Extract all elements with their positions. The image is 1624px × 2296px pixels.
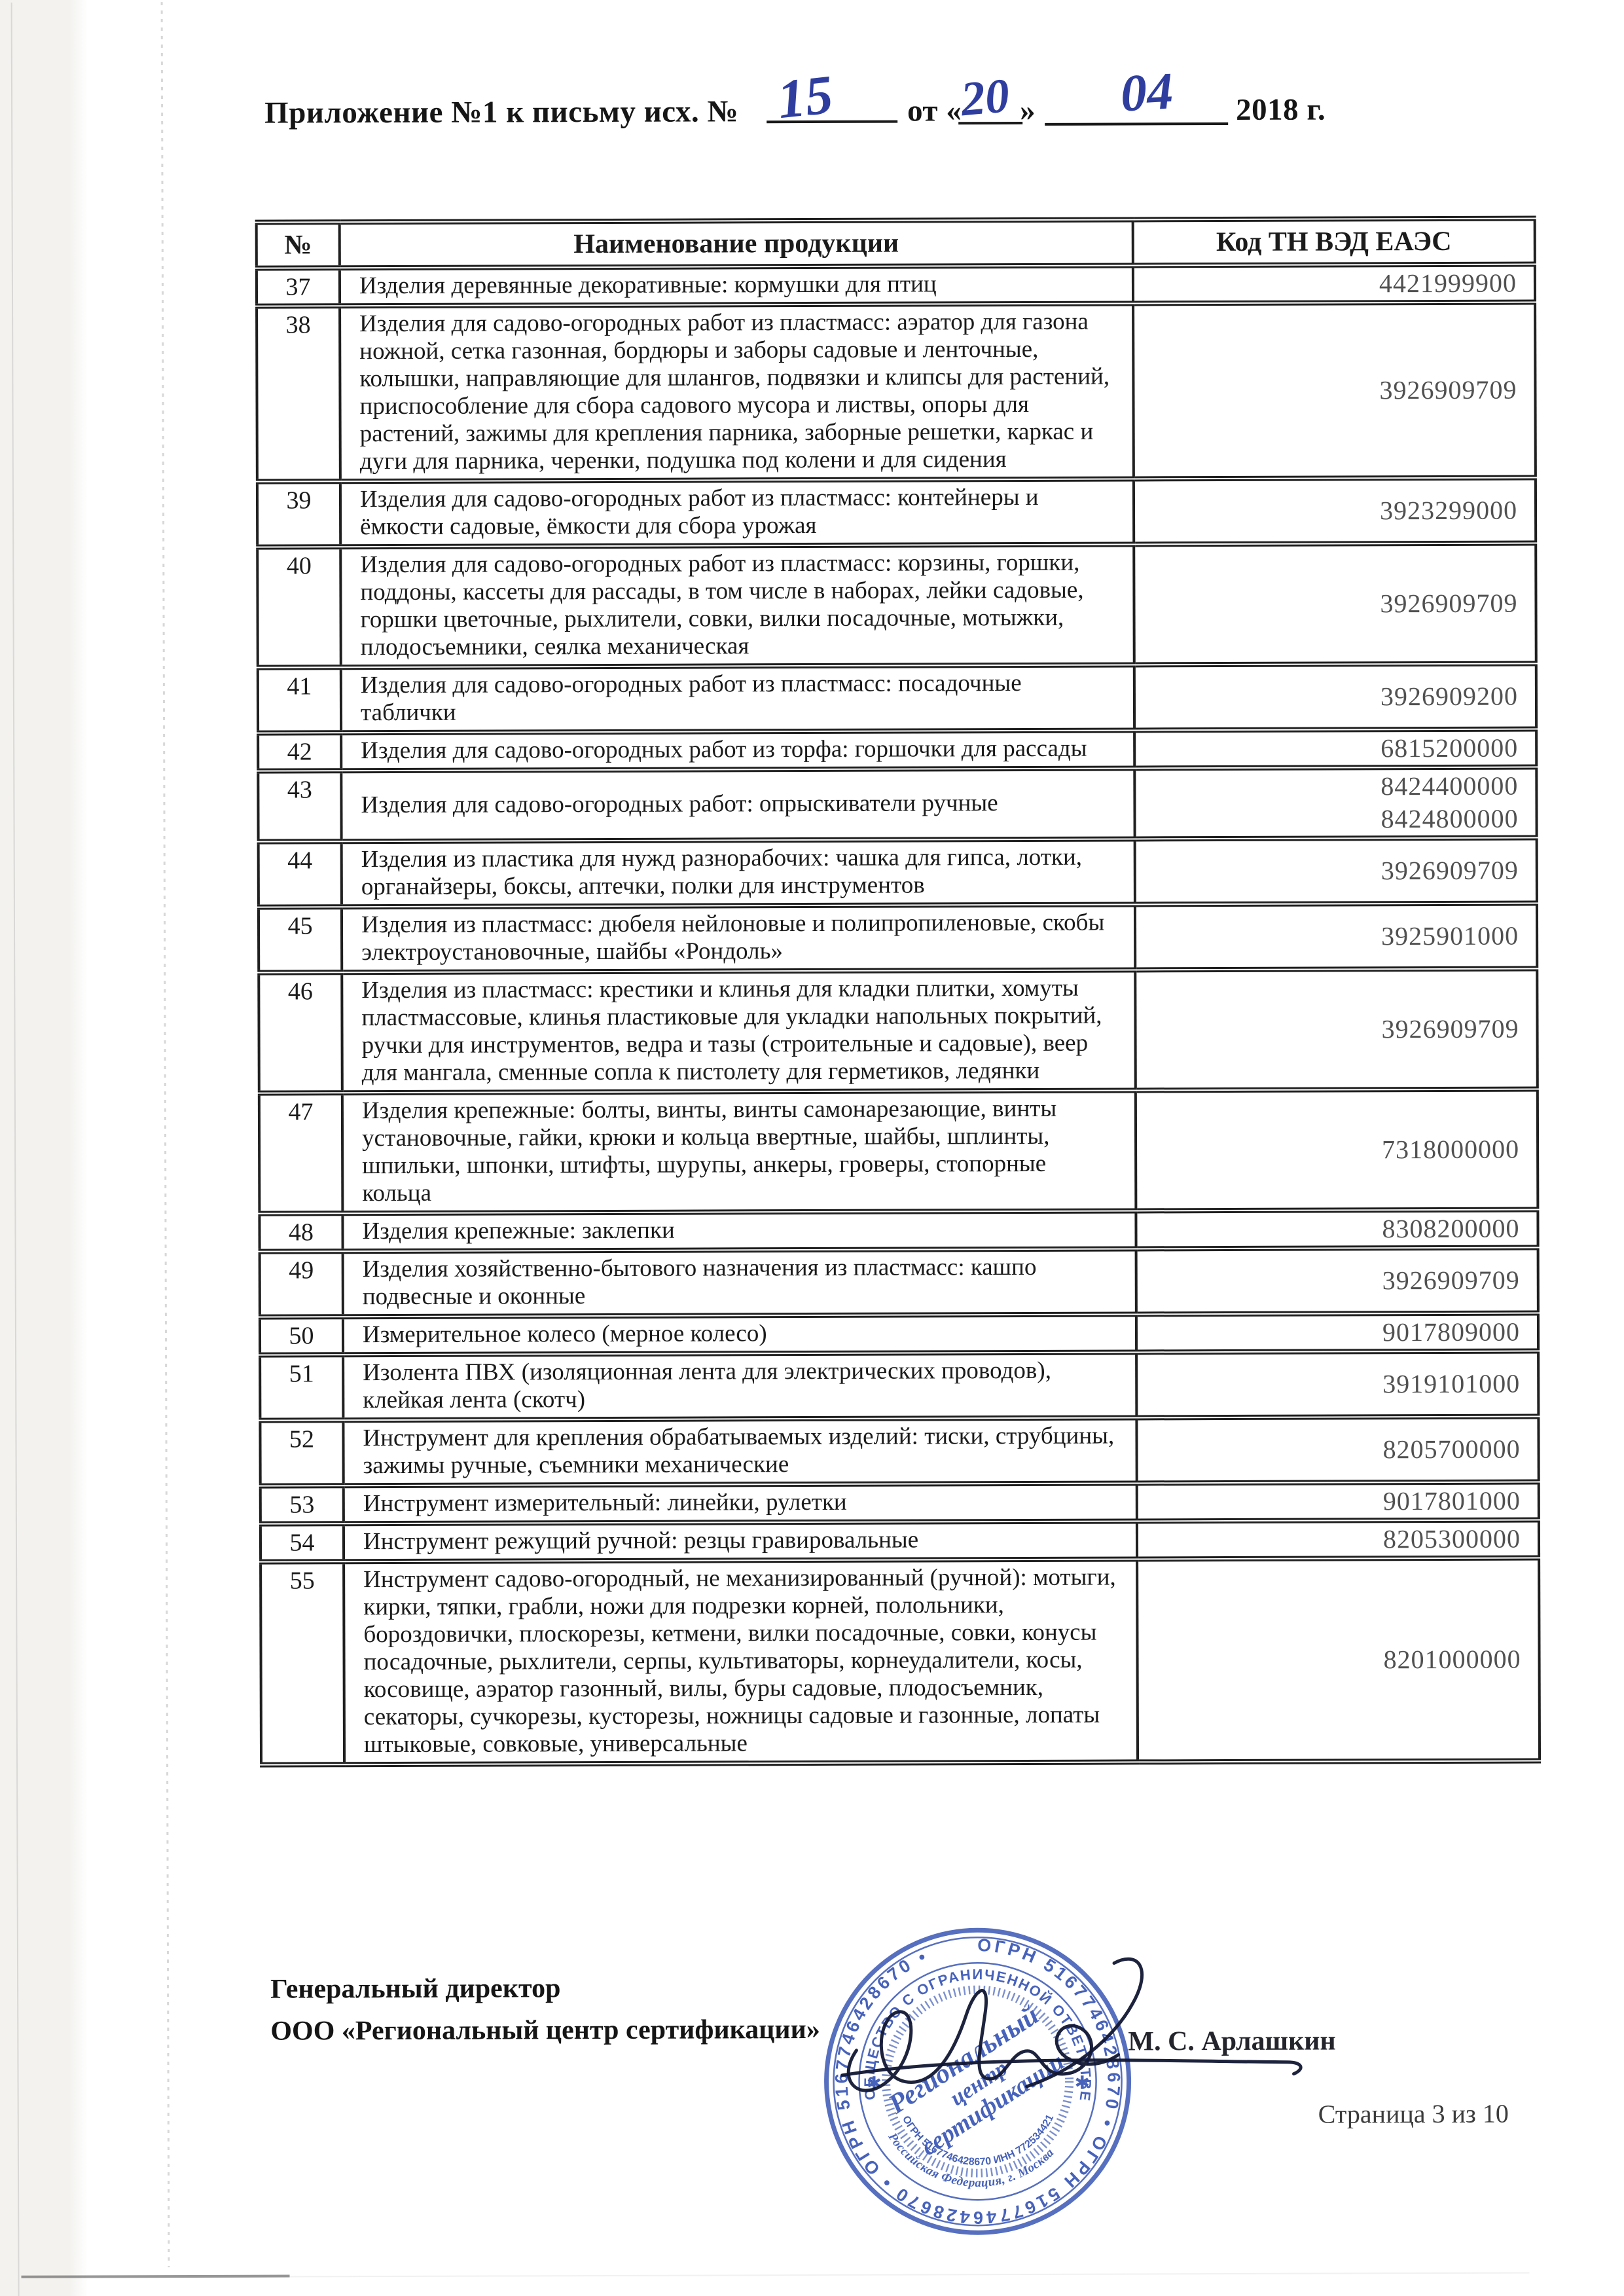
tnved-code-cell: 9017809000 (1136, 1313, 1538, 1353)
tnved-code-value: 3926909709 (1136, 854, 1519, 888)
row-number: 51 (260, 1355, 343, 1420)
table-row: 41 Изделия для садово-огородных работ из… (258, 664, 1536, 733)
tnved-code-value: 3926909709 (1136, 1013, 1519, 1047)
tnved-code-cell: 3926909709 (1134, 543, 1536, 665)
table-header-row: № Наименование продукции Код ТН ВЭД ЕАЭС (257, 219, 1535, 268)
tnved-code-value: 8201000000 (1138, 1643, 1521, 1677)
product-codes-table: № Наименование продукции Код ТН ВЭД ЕАЭС… (255, 216, 1541, 1768)
tnved-code-value: 3923299000 (1135, 494, 1517, 528)
tnved-code-value: 3926909709 (1134, 374, 1517, 408)
table-row: 38 Изделия для садово-огородных работ из… (257, 302, 1536, 482)
table-row: 51 Изолента ПВХ (изоляционная лента для … (260, 1351, 1538, 1421)
row-number: 43 (258, 771, 341, 841)
director-title-line: Генеральный директор (270, 1973, 560, 2005)
header-prefix-text: Приложение №1 к письму исх. № (264, 94, 738, 130)
row-number: 49 (260, 1251, 343, 1317)
tnved-code-cell: 3926909709 (1135, 969, 1538, 1091)
product-name: Изделия крепежные: заклепки (342, 1211, 1136, 1251)
row-number: 42 (258, 733, 341, 771)
tnved-code-value: 8424400000 (1136, 770, 1518, 804)
header-close-quote: » (1020, 93, 1036, 128)
table-row: 40 Изделия для садово-огородных работ из… (257, 543, 1536, 668)
row-number: 54 (261, 1523, 344, 1561)
tnved-code-value: 3925901000 (1136, 920, 1519, 954)
row-number: 37 (257, 268, 340, 306)
product-name: Изделия деревянные декоративные: кормушк… (340, 265, 1133, 306)
product-name: Изделия для садово-огородных работ: опры… (341, 768, 1134, 841)
tnved-code-cell: 6815200000 (1134, 729, 1536, 769)
column-header-number: № (257, 222, 340, 268)
column-header-tnved-code: Код ТН ВЭД ЕАЭС (1133, 219, 1535, 266)
row-number: 48 (259, 1213, 342, 1251)
signature-strokes (818, 1950, 1316, 2134)
table-row: 37 Изделия деревянные декоративные: корм… (257, 264, 1535, 306)
row-number: 44 (259, 841, 342, 907)
tnved-code-cell: 3923299000 (1134, 478, 1536, 545)
company-name-line: ООО «Региональный центр сертификации» (270, 2014, 820, 2047)
table-row: 39 Изделия для садово-огородных работ из… (257, 478, 1536, 547)
header-from-word: от « (907, 93, 962, 128)
tnved-code-cell: 3926909200 (1134, 664, 1536, 731)
table-row: 46 Изделия из пластмасс: крестики и клин… (259, 969, 1538, 1093)
product-name: Изделия крепежные: болты, винты, винты с… (342, 1090, 1136, 1213)
product-name: Изделия для садово-огородных работ из пл… (340, 479, 1134, 547)
tnved-code-value: 3926909709 (1138, 1264, 1520, 1298)
table-row: 48 Изделия крепежные: заклепки 830820000… (259, 1210, 1538, 1252)
tnved-code-cell: 8201000000 (1137, 1558, 1540, 1762)
product-name: Изделия хозяйственно-бытового назначения… (343, 1248, 1136, 1317)
tnved-code-value: 8205700000 (1138, 1433, 1520, 1467)
row-number: 47 (259, 1093, 343, 1213)
column-header-product-name: Наименование продукции (340, 219, 1133, 268)
tnved-code-value: 3926909709 (1135, 587, 1517, 621)
scan-speckle-line (161, 2, 170, 2267)
row-number: 41 (258, 667, 341, 733)
tnved-code-cell: 3919101000 (1136, 1351, 1538, 1418)
tnved-code-value: 7318000000 (1137, 1133, 1519, 1167)
product-name: Инструмент садово-огородный, не механизи… (344, 1559, 1138, 1764)
product-name: Инструмент для крепления обрабатываемых … (343, 1417, 1136, 1485)
product-table-body: 37 Изделия деревянные декоративные: корм… (257, 264, 1540, 1765)
row-number: 45 (259, 907, 342, 972)
blank-underline (958, 122, 1022, 124)
table-row: 49 Изделия хозяйственно-бытового назначе… (260, 1248, 1538, 1317)
product-name: Измерительное колесо (мерное колесо) (343, 1314, 1136, 1355)
row-number: 52 (260, 1420, 343, 1485)
header-year-text: 2018 г. (1236, 92, 1326, 128)
product-name: Изолента ПВХ (изоляционная лента для эле… (343, 1352, 1136, 1420)
product-name: Инструмент режущий ручной: резцы гравиро… (344, 1521, 1137, 1561)
row-number: 39 (257, 481, 340, 547)
tnved-code-cell: 3926909709 (1133, 302, 1536, 479)
table-row: 45 Изделия из пластмасс: дюбеля нейлонов… (259, 903, 1537, 973)
tnved-code-cell: 84244000008424800000 (1134, 767, 1536, 839)
tnved-code-value: 6815200000 (1136, 732, 1518, 766)
blank-underline (767, 120, 897, 124)
row-number: 46 (259, 972, 342, 1093)
handwritten-day: 20 (958, 68, 1011, 128)
tnved-code-cell: 9017801000 (1137, 1482, 1539, 1522)
page-number-label: Страница 3 из 10 (1318, 2098, 1509, 2130)
tnved-code-value: 8308200000 (1137, 1212, 1519, 1247)
row-number: 38 (257, 306, 340, 481)
table-row: 42 Изделия для садово-огородных работ из… (258, 729, 1536, 771)
table-row: 52 Инструмент для крепления обрабатываем… (260, 1417, 1538, 1486)
scanned-page: Приложение №1 к письму исх. № 15 от « 20… (0, 0, 1624, 2296)
row-number: 55 (261, 1561, 344, 1764)
handwritten-month: 04 (1119, 62, 1175, 124)
table-row: 54 Инструмент режущий ручной: резцы грав… (261, 1520, 1539, 1562)
product-name: Изделия из пластмасс: дюбеля нейлоновые … (342, 904, 1135, 972)
product-name: Изделия для садово-огородных работ из пл… (341, 665, 1134, 733)
table-row: 53 Инструмент измерительный: линейки, ру… (261, 1482, 1539, 1524)
tnved-code-cell: 8205300000 (1137, 1520, 1539, 1559)
tnved-code-value: 3926909200 (1136, 680, 1518, 714)
product-name: Изделия для садово-огородных работ из пл… (340, 544, 1134, 667)
tnved-code-value: 8424800000 (1136, 803, 1518, 837)
product-name: Изделия из пластмасс: крестики и клинья … (342, 970, 1136, 1093)
tnved-code-value: 9017809000 (1138, 1316, 1520, 1350)
product-name: Изделия из пластика для нужд разнорабочи… (342, 839, 1135, 907)
row-number: 50 (260, 1317, 343, 1355)
table-row: 44 Изделия из пластика для нужд разнораб… (259, 838, 1537, 907)
row-number: 53 (261, 1485, 344, 1523)
tnved-code-value: 3919101000 (1138, 1368, 1520, 1402)
table-row: 55 Инструмент садово-огородный, не механ… (261, 1558, 1540, 1765)
letter-header: Приложение №1 к письму исх. № 15 от « 20… (0, 0, 1621, 173)
tnved-code-cell: 7318000000 (1136, 1089, 1538, 1211)
tnved-code-cell: 3925901000 (1135, 903, 1537, 970)
table-row: 43 Изделия для садово-огородных работ: о… (258, 767, 1536, 842)
scan-bottom-line (22, 2275, 290, 2278)
tnved-code-value: 9017801000 (1138, 1485, 1521, 1519)
product-name: Изделия для садово-огородных работ из пл… (340, 303, 1134, 481)
tnved-code-cell: 3926909709 (1135, 838, 1537, 905)
product-name: Изделия для садово-огородных работ из то… (341, 730, 1134, 771)
tnved-code-cell: 8205700000 (1136, 1417, 1538, 1484)
tnved-code-cell: 8308200000 (1136, 1210, 1538, 1249)
table-row: 47 Изделия крепежные: болты, винты, винт… (259, 1089, 1538, 1214)
tnved-code-cell: 4421999900 (1133, 264, 1535, 304)
tnved-code-cell: 3926909709 (1136, 1248, 1538, 1315)
product-name: Инструмент измерительный: линейки, рулет… (344, 1483, 1137, 1523)
tnved-code-value: 8205300000 (1138, 1523, 1521, 1557)
scan-bottom-line-faint (286, 2272, 1530, 2278)
table-row: 50 Измерительное колесо (мерное колесо) … (260, 1313, 1538, 1355)
scan-edge-line (11, 3, 20, 2296)
director-ink-signature (818, 1950, 1316, 2134)
row-number: 40 (257, 547, 341, 667)
tnved-code-value: 4421999900 (1134, 267, 1517, 301)
